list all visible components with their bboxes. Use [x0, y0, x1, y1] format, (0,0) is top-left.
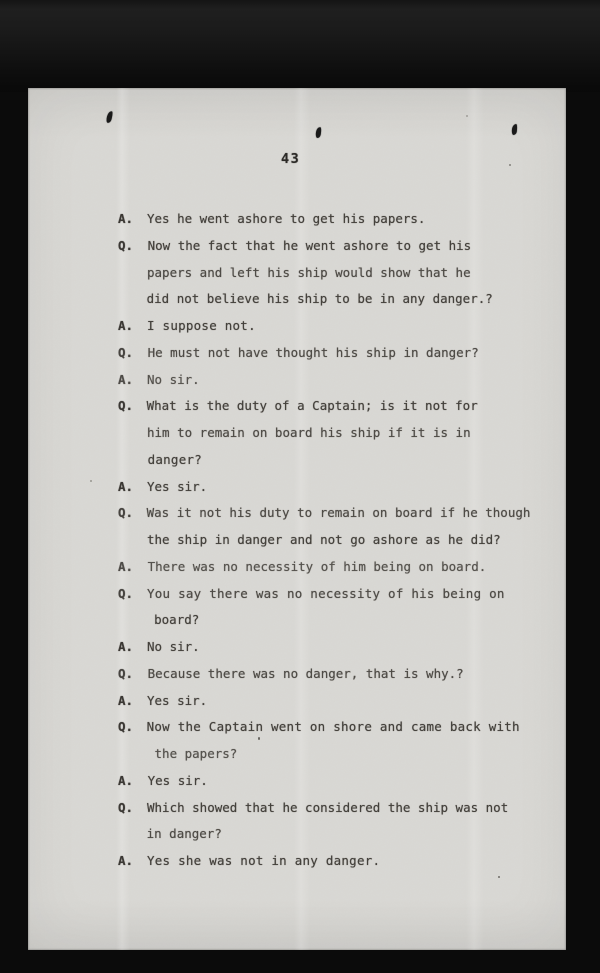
- transcript-text: I suppose not.: [147, 313, 256, 340]
- transcript-line: A.Yes sir.: [118, 688, 560, 715]
- transcript-text: did not believe his ship to be in any da…: [147, 286, 493, 313]
- transcript-text: Yes she was not in any danger.: [147, 848, 380, 875]
- speaker-label: [118, 821, 147, 848]
- speaker-label: Q.: [118, 714, 147, 741]
- transcript-line: Q.Now the Captain went on shore and came…: [118, 714, 560, 741]
- dust-speck: [509, 164, 511, 166]
- transcript-text: Yes sir.: [148, 768, 208, 795]
- transcript-line: did not believe his ship to be in any da…: [118, 286, 560, 313]
- transcript-text: the ship in danger and not go ashore as …: [147, 527, 501, 554]
- speaker-label: A.: [118, 206, 147, 233]
- transcript-line: A.Yes she was not in any danger.: [118, 848, 560, 875]
- scanned-document-view: 43 A.Yes he went ashore to get his paper…: [0, 0, 600, 973]
- transcript-line: the papers?: [118, 741, 560, 768]
- speaker-label: [118, 286, 147, 313]
- transcript-line: papers and left his ship would show that…: [118, 260, 560, 287]
- transcript-text: board?: [147, 607, 200, 634]
- speaker-label: Q.: [118, 500, 147, 527]
- speaker-label: A.: [118, 848, 147, 875]
- transcript-text: What is the duty of a Captain; is it not…: [147, 393, 478, 420]
- dust-speck: [466, 115, 468, 117]
- transcript-text: Now the Captain went on shore and came b…: [147, 714, 520, 741]
- transcript-text: in danger?: [147, 821, 222, 848]
- speaker-label: A.: [118, 554, 147, 581]
- speaker-label: A.: [118, 688, 147, 715]
- document-page: 43 A.Yes he went ashore to get his paper…: [28, 88, 566, 950]
- transcript-text: the papers?: [147, 741, 237, 768]
- dust-speck: [498, 876, 500, 878]
- transcript-line: danger?: [118, 447, 560, 474]
- scan-top-shadow: [0, 0, 600, 92]
- speaker-label: A.: [118, 313, 147, 340]
- ink-mark-icon: [511, 124, 517, 136]
- transcript-text: Was it not his duty to remain on board i…: [147, 500, 531, 527]
- transcript-line: Q.He must not have thought his ship in d…: [118, 340, 560, 367]
- transcript-text: Yes sir.: [147, 688, 207, 715]
- transcript-line: Q.Was it not his duty to remain on board…: [118, 500, 560, 527]
- speaker-label: A.: [118, 768, 147, 795]
- transcript-text: him to remain on board his ship if it is…: [147, 420, 471, 447]
- speaker-label: [118, 447, 147, 474]
- transcript-line: A.I suppose not.: [118, 313, 560, 340]
- transcript-text: Yes he went ashore to get his papers.: [147, 206, 425, 233]
- speaker-label: Q.: [118, 581, 147, 608]
- transcript-text: No sir.: [147, 634, 200, 661]
- speaker-label: A.: [118, 474, 147, 501]
- transcript-line: Q.What is the duty of a Captain; is it n…: [118, 393, 560, 420]
- transcript-line: A.Yes sir.: [118, 768, 560, 795]
- transcript-text: Because there was no danger, that is why…: [148, 661, 464, 688]
- transcript-line: A.There was no necessity of him being on…: [118, 554, 560, 581]
- transcript-text: There was no necessity of him being on b…: [148, 554, 487, 581]
- transcript-text: Yes sir.: [147, 474, 207, 501]
- speaker-label: Q.: [118, 795, 147, 822]
- ink-mark-icon: [106, 111, 114, 124]
- speaker-label: A.: [118, 634, 147, 661]
- transcript-text: danger?: [148, 447, 202, 474]
- speaker-label: [118, 260, 147, 287]
- speaker-label: Q.: [118, 340, 147, 367]
- transcript-text: No sir.: [147, 367, 200, 394]
- transcript-text: You say there was no necessity of his be…: [147, 581, 505, 608]
- transcript-text: He must not have thought his ship in dan…: [148, 340, 479, 367]
- transcript-line: Q.Which showed that he considered the sh…: [118, 795, 560, 822]
- transcript-line: Q.Because there was no danger, that is w…: [118, 661, 560, 688]
- transcript-line: board?: [118, 607, 560, 634]
- transcript-line: the ship in danger and not go ashore as …: [118, 527, 560, 554]
- speaker-label: [118, 527, 147, 554]
- speaker-label: Q.: [118, 233, 147, 260]
- speaker-label: [118, 420, 147, 447]
- speaker-label: [118, 741, 147, 768]
- transcript-text: Now the fact that he went ashore to get …: [148, 233, 472, 260]
- transcript-line: him to remain on board his ship if it is…: [118, 420, 560, 447]
- speaker-label: [118, 607, 147, 634]
- transcript: A.Yes he went ashore to get his papers.Q…: [118, 206, 560, 875]
- transcript-text: Which showed that he considered the ship…: [147, 795, 508, 822]
- speaker-label: A.: [118, 367, 147, 394]
- transcript-text: papers and left his ship would show that…: [147, 260, 471, 287]
- transcript-line: A.Yes he went ashore to get his papers.: [118, 206, 560, 233]
- ink-mark-icon: [315, 127, 322, 139]
- page-number: 43: [281, 151, 300, 167]
- transcript-line: Q.Now the fact that he went ashore to ge…: [118, 233, 560, 260]
- speaker-label: Q.: [118, 393, 147, 420]
- transcript-line: A.Yes sir.: [118, 474, 560, 501]
- speaker-label: Q.: [118, 661, 147, 688]
- transcript-line: A.No sir.: [118, 634, 560, 661]
- transcript-line: Q.You say there was no necessity of his …: [118, 581, 560, 608]
- transcript-line: A.No sir.: [118, 367, 560, 394]
- transcript-line: in danger?: [118, 821, 560, 848]
- dust-speck: [90, 480, 92, 482]
